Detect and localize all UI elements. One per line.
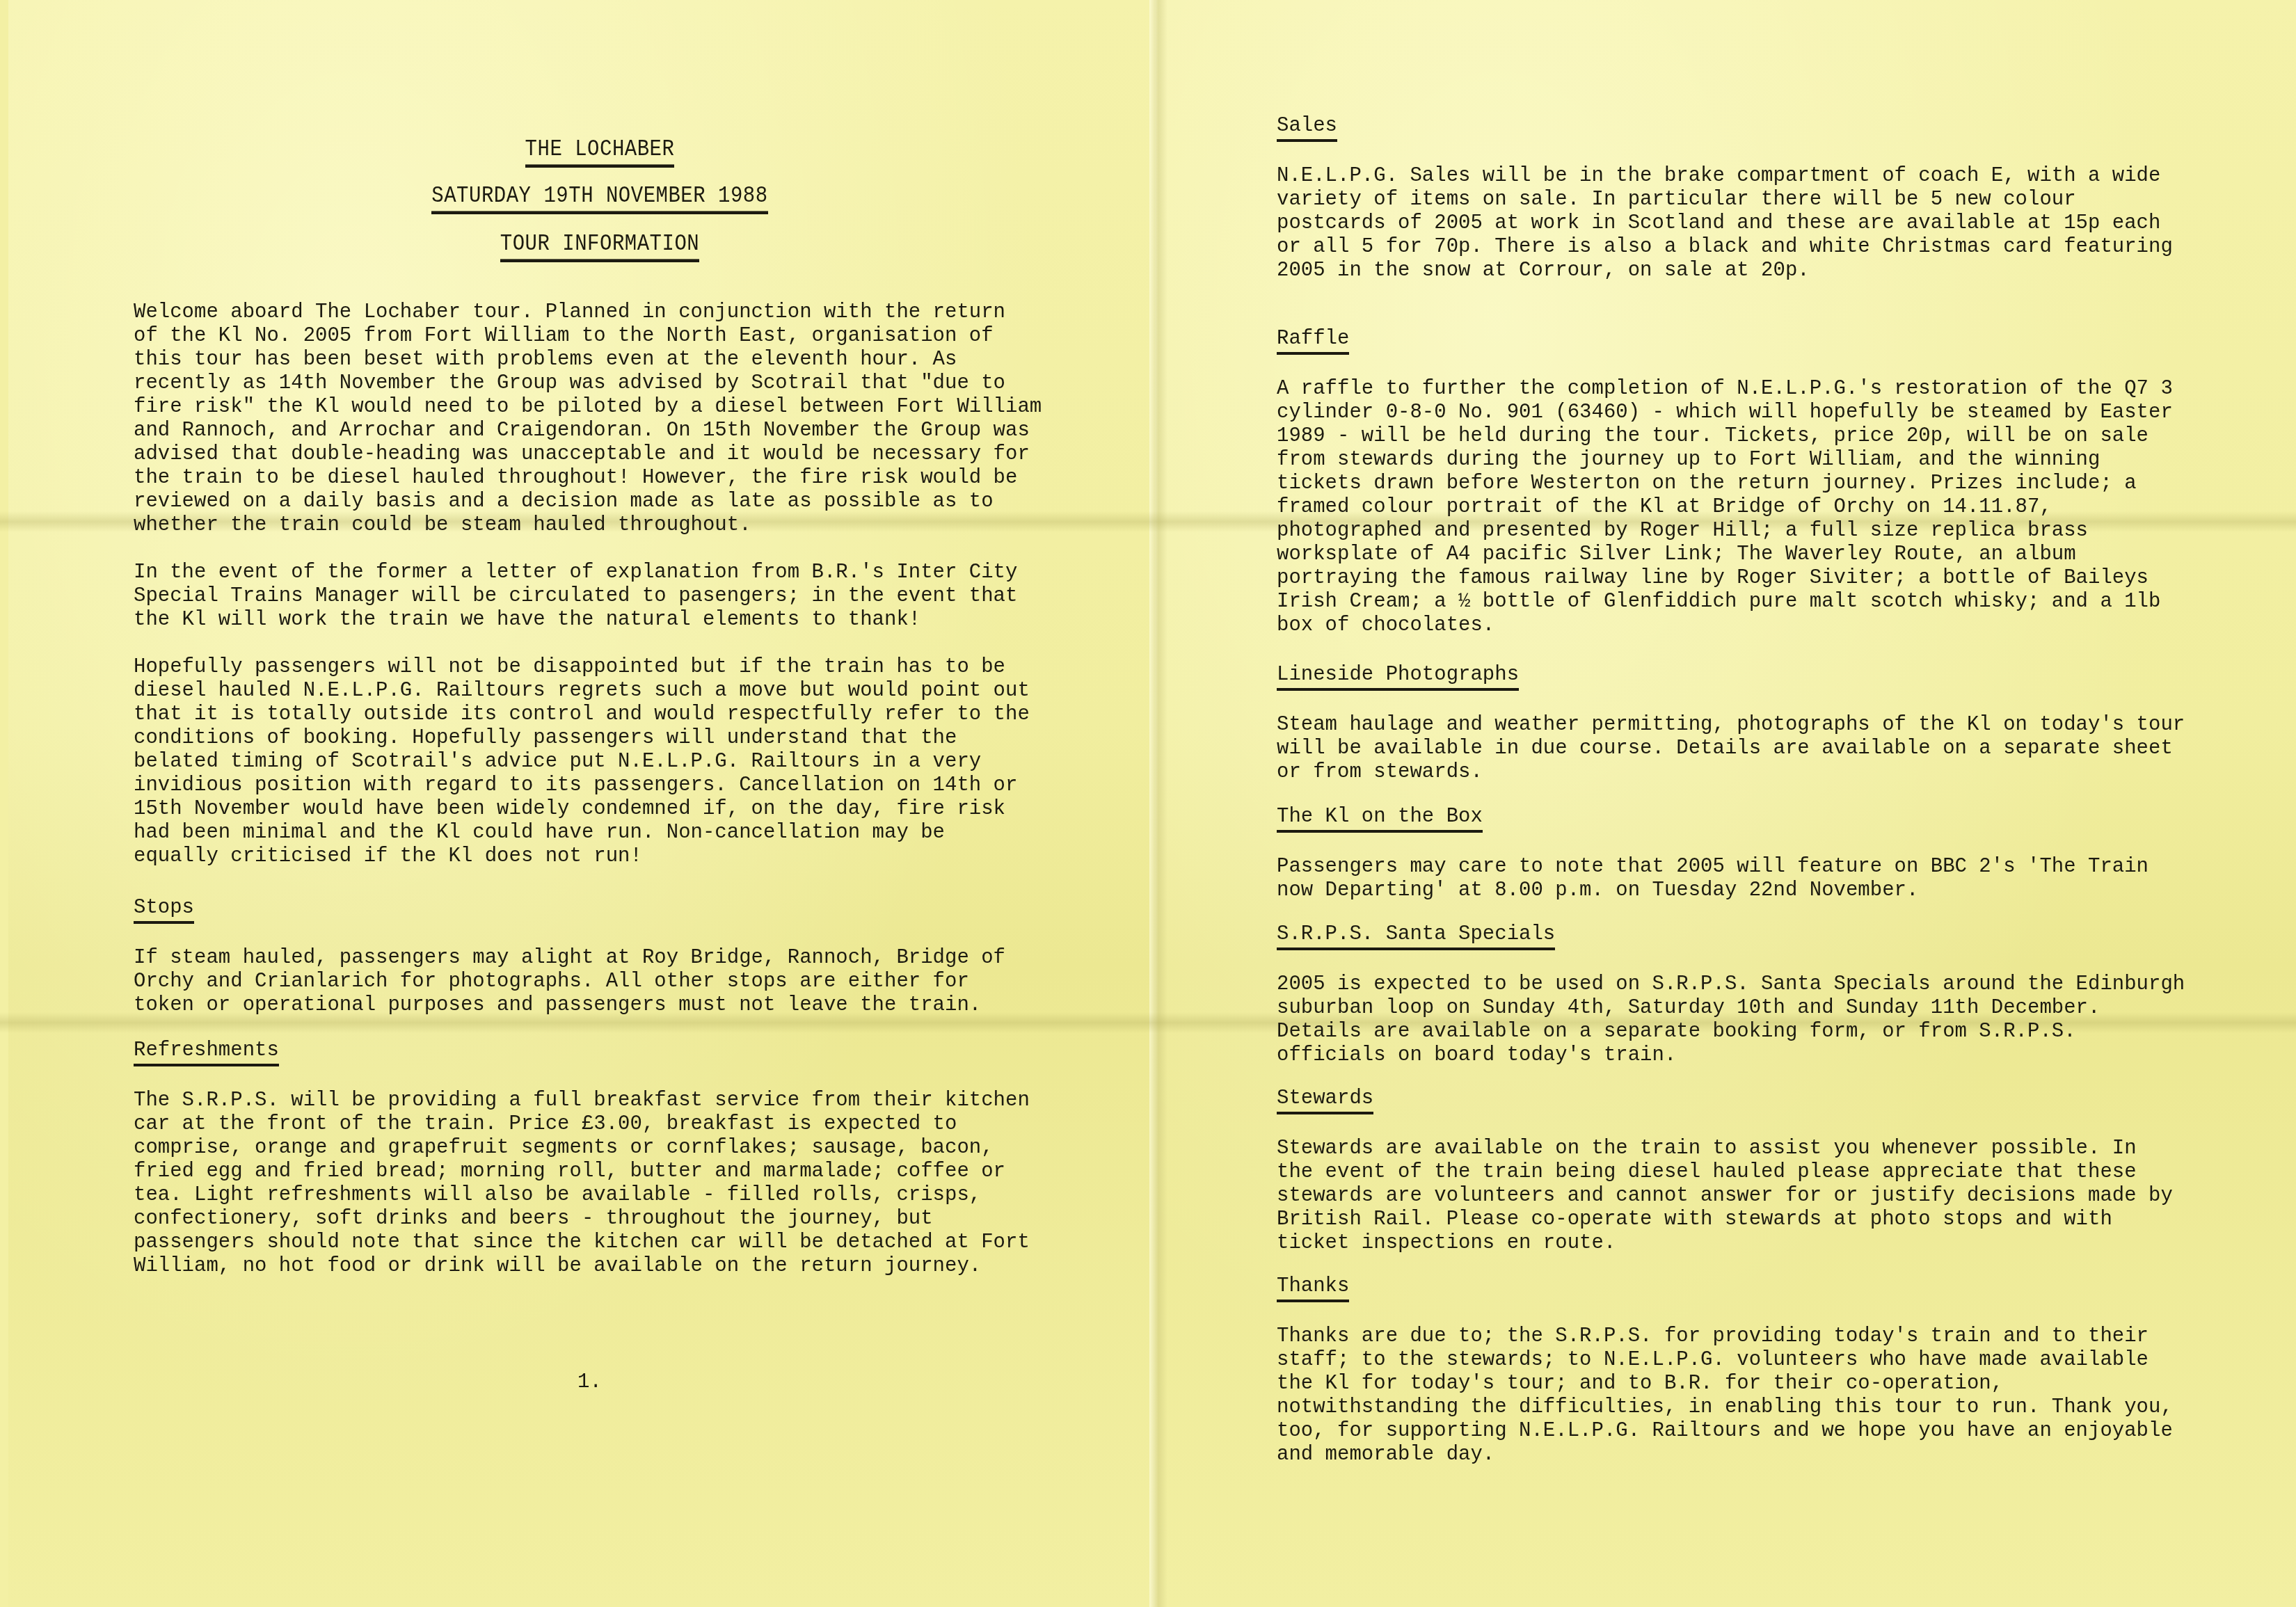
intro-paragraph-2: In the event of the former a letter of e… — [134, 561, 1066, 632]
section-body: Passengers may care to note that 2005 wi… — [1277, 855, 2202, 902]
section-body: Stewards are available on the train to a… — [1277, 1137, 2202, 1255]
document-date: SATURDAY 19TH NOVEMBER 1988 — [431, 182, 767, 214]
section-heading: Raffle — [1277, 327, 1349, 355]
section-heading: Thanks — [1277, 1274, 1349, 1302]
section-refreshments: Refreshments The S.R.P.S. will be provid… — [134, 1039, 1066, 1278]
section-heading: S.R.P.S. Santa Specials — [1277, 922, 1555, 950]
right-page: Sales N.E.L.P.G. Sales will be in the br… — [1277, 0, 2202, 1607]
page-number: 1. — [577, 1370, 602, 1394]
section-body: 2005 is expected to be used on S.R.P.S. … — [1277, 973, 2202, 1067]
section-stewards: Stewards Stewards are available on the t… — [1277, 1087, 2202, 1255]
section-thanks: Thanks Thanks are due to; the S.R.P.S. f… — [1277, 1274, 2202, 1466]
section-heading: The Kl on the Box — [1277, 805, 1483, 833]
section-body: A raffle to further the completion of N.… — [1277, 377, 2202, 637]
section-lineside-photographs: Lineside Photographs Steam haulage and w… — [1277, 663, 2202, 784]
section-body: The S.R.P.S. will be providing a full br… — [134, 1089, 1066, 1278]
section-santa-specials: S.R.P.S. Santa Specials 2005 is expected… — [1277, 922, 2202, 1067]
section-heading: Sales — [1277, 114, 1337, 142]
section-sales: Sales N.E.L.P.G. Sales will be in the br… — [1277, 114, 2202, 282]
section-body: Steam haulage and weather permitting, ph… — [1277, 713, 2202, 784]
section-body: Thanks are due to; the S.R.P.S. for prov… — [1277, 1325, 2202, 1466]
section-stops: Stops If steam hauled, passengers may al… — [134, 896, 1066, 1017]
section-heading: Stewards — [1277, 1087, 1373, 1114]
center-fold — [1149, 0, 1167, 1607]
section-heading: Lineside Photographs — [1277, 663, 1519, 691]
document-subtitle: TOUR INFORMATION — [500, 230, 699, 262]
section-raffle: Raffle A raffle to further the completio… — [1277, 327, 2202, 637]
section-heading: Refreshments — [134, 1039, 279, 1066]
section-body: N.E.L.P.G. Sales will be in the brake co… — [1277, 164, 2202, 282]
section-body: If steam hauled, passengers may alight a… — [134, 946, 1066, 1017]
section-heading: Stops — [134, 896, 194, 924]
left-page: THE LOCHABER SATURDAY 19TH NOVEMBER 1988… — [134, 0, 1066, 1607]
section-k1-on-the-box: The Kl on the Box Passengers may care to… — [1277, 805, 2202, 902]
document-title: THE LOCHABER — [525, 136, 675, 168]
intro-paragraph-1: Welcome aboard The Lochaber tour. Planne… — [134, 301, 1066, 537]
intro-paragraph-3: Hopefully passengers will not be disappo… — [134, 655, 1066, 868]
